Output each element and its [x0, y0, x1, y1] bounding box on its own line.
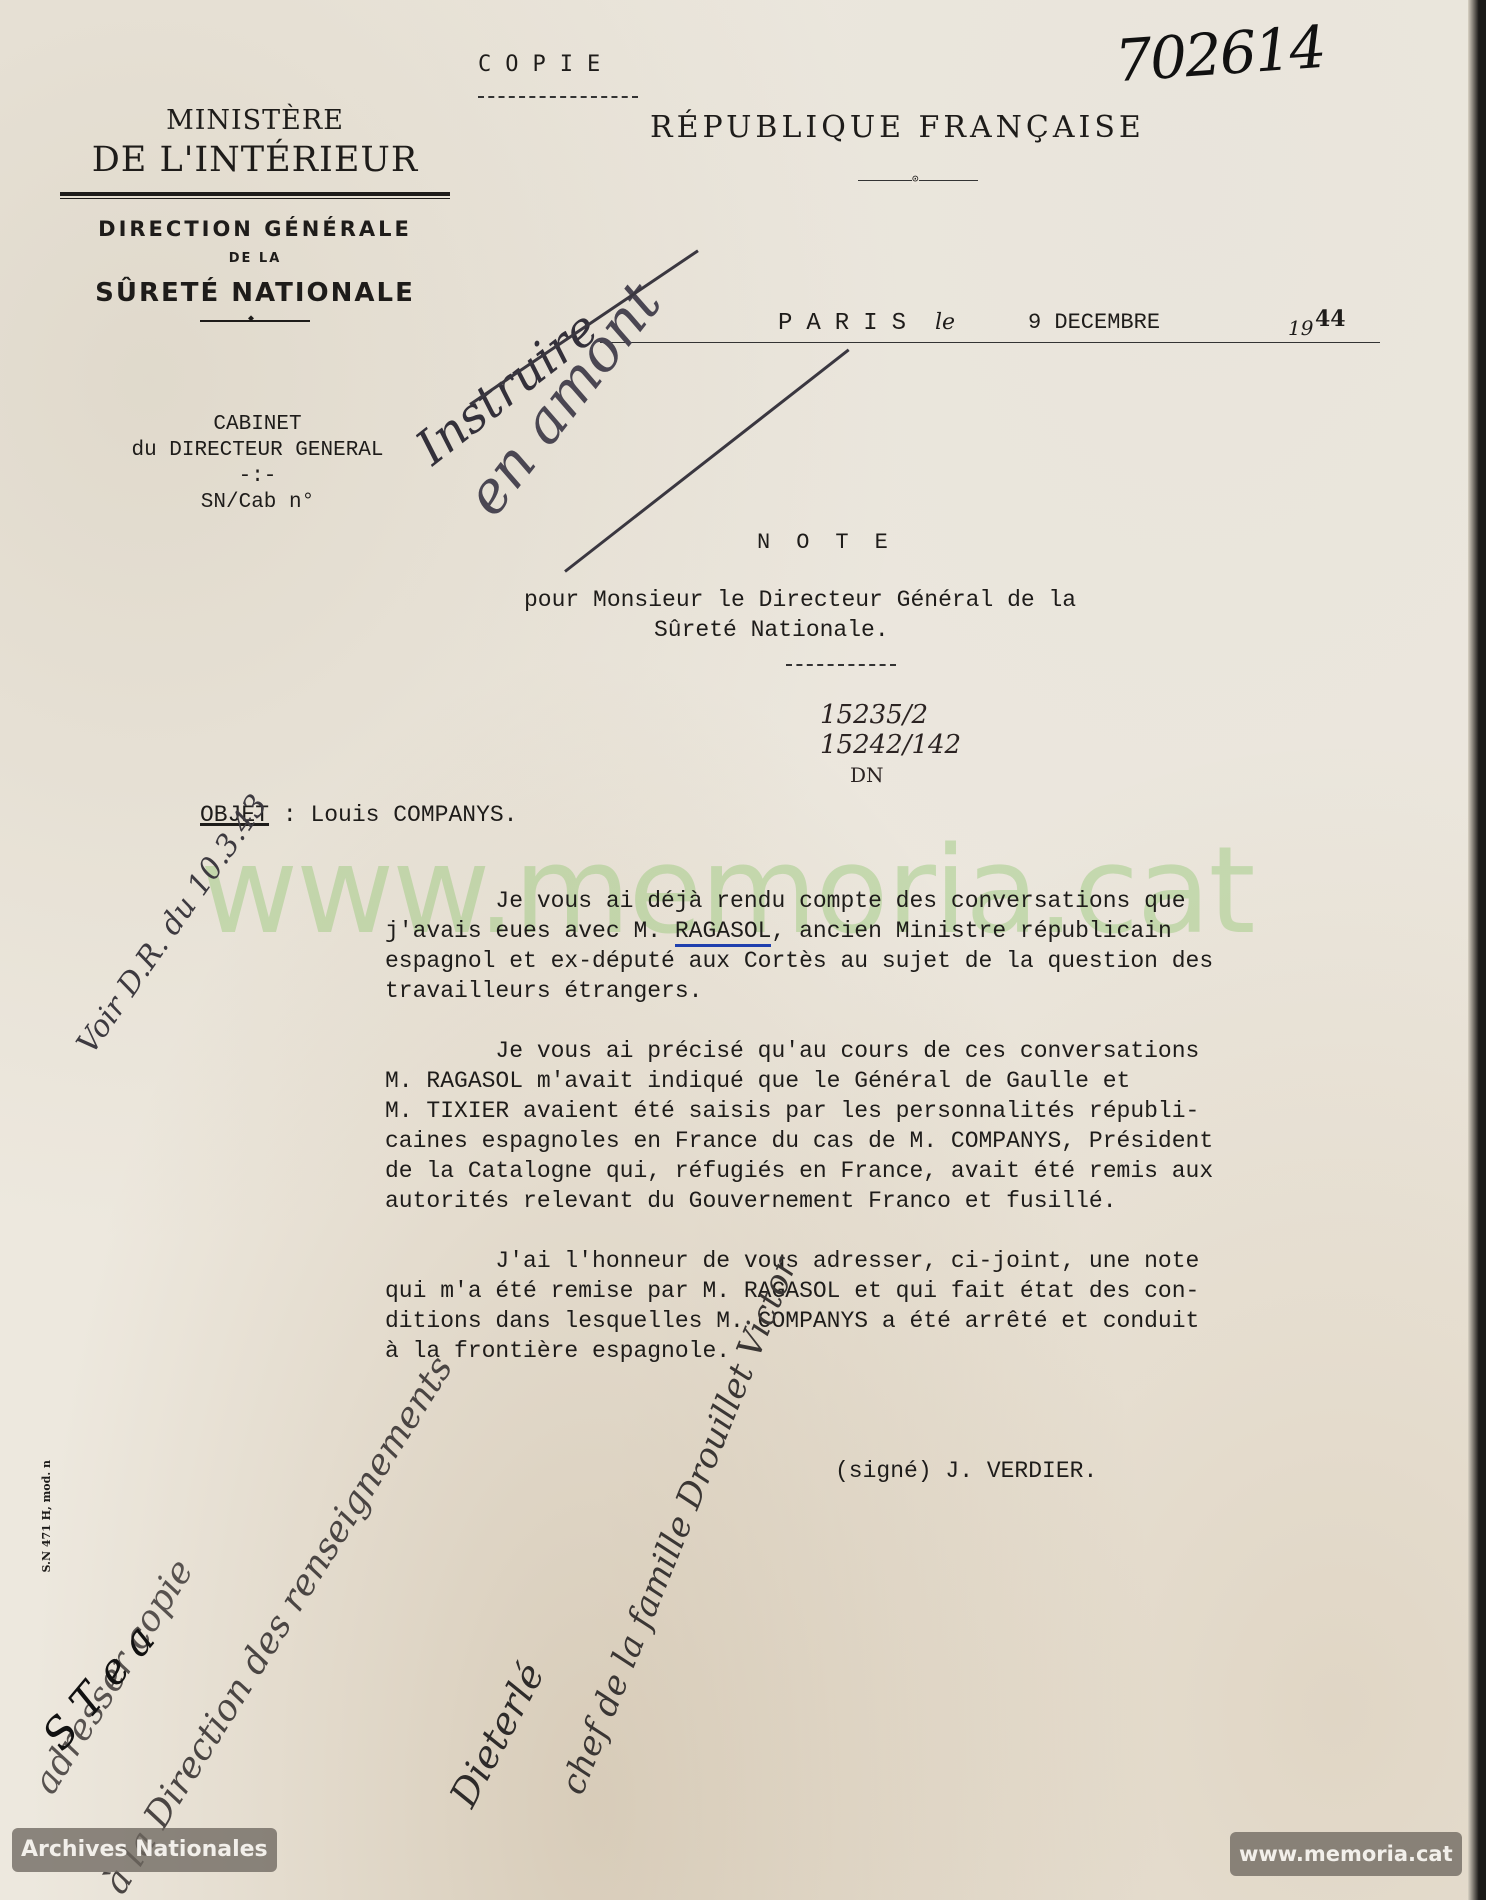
ministry-line-2: DE L'INTÉRIEUR: [60, 140, 450, 180]
letterhead-double-rule: [60, 192, 450, 199]
addressee-dashed-rule: [786, 664, 896, 666]
addressee-line-1: pour Monsieur le Directeur Général de la: [524, 587, 1076, 613]
dateline-le: le: [935, 310, 955, 335]
archives-nationales-badge: Archives Nationales: [12, 1828, 277, 1872]
republic-ornament: ⊙: [858, 180, 978, 181]
dateline-city: PARIS: [778, 310, 920, 337]
dateline-year-suffix: 44: [1315, 306, 1346, 332]
handwritten-chef: chef de la: [553, 1629, 653, 1800]
signature: (signé) J. VERDIER.: [835, 1458, 1097, 1484]
cabinet-director: du DIRECTEUR GENERAL: [60, 438, 455, 464]
addressee: pour Monsieur le Directeur Général de la…: [524, 585, 1076, 645]
direction-generale: DIRECTION GÉNÉRALE: [60, 217, 450, 241]
handwritten-dieterle: Dieterlé: [441, 1656, 553, 1814]
p1-line-3: espagnol et ex-député aux Cortès au suje…: [385, 948, 1213, 974]
paragraph-2: Je vous ai précisé qu'au cours de ces co…: [385, 1036, 1465, 1216]
subject-value: Louis COMPANYS.: [310, 802, 517, 828]
note-title: NOTE: [757, 530, 914, 555]
republic-header: RÉPUBLIQUE FRANÇAISE: [650, 110, 1145, 145]
cabinet-separator: -:-: [60, 464, 455, 490]
subject-separator: :: [269, 802, 310, 828]
circle-ornament-icon: ⊙: [912, 172, 919, 185]
paragraph-1: Je vous ai déjà rendu compte des convers…: [385, 886, 1465, 1006]
p1-line-1: Je vous ai déjà rendu compte des convers…: [495, 888, 1185, 914]
paragraph-3: J'ai l'honneur de vous adresser, ci-join…: [385, 1246, 1465, 1366]
memoria-badge: www.memoria.cat: [1230, 1832, 1462, 1876]
ref-number-1: 15235/2: [820, 700, 961, 730]
ragasol-underlined: RAGASOL: [675, 918, 772, 947]
surete-nationale: SÛRETÉ NATIONALE: [60, 278, 450, 308]
cabinet-block: CABINET du DIRECTEUR GENERAL -:- SN/Cab …: [60, 412, 455, 516]
handwritten-famille: famille Drouillet: [620, 1358, 762, 1633]
addressee-line-2: Sûreté Nationale.: [524, 615, 1076, 645]
ministry-line-1: MINISTÈRE: [60, 105, 450, 136]
form-code: S.N 471 H, mod. n: [40, 1460, 53, 1572]
copy-marker: COPIE: [478, 52, 614, 77]
copy-underline: [478, 96, 638, 98]
dateline-year-prefix: 19: [1288, 316, 1313, 340]
letterhead-ornament: [200, 320, 310, 324]
dateline-rule: [600, 312, 1380, 343]
letterhead: MINISTÈRE DE L'INTÉRIEUR DIRECTION GÉNÉR…: [60, 105, 450, 324]
ref-number-2: 15242/142: [820, 730, 961, 760]
p1-line-2b: , ancien Ministre républicain: [771, 918, 1171, 944]
reference-numbers: 15235/2 15242/142 DN: [820, 700, 961, 790]
ref-number-dn: DN: [820, 760, 961, 790]
dateline-date: 9 DECEMBRE: [1028, 310, 1160, 335]
cabinet-title: CABINET: [60, 412, 455, 438]
p1-line-4: travailleurs étrangers.: [385, 978, 702, 1004]
de-la: DE LA: [60, 251, 450, 266]
page-edge-shadow: [1468, 0, 1486, 1900]
document-number: 702614: [1113, 13, 1327, 95]
cabinet-ref: SN/Cab n°: [60, 490, 455, 516]
p1-line-2a: j'avais eues avec M.: [385, 918, 675, 944]
